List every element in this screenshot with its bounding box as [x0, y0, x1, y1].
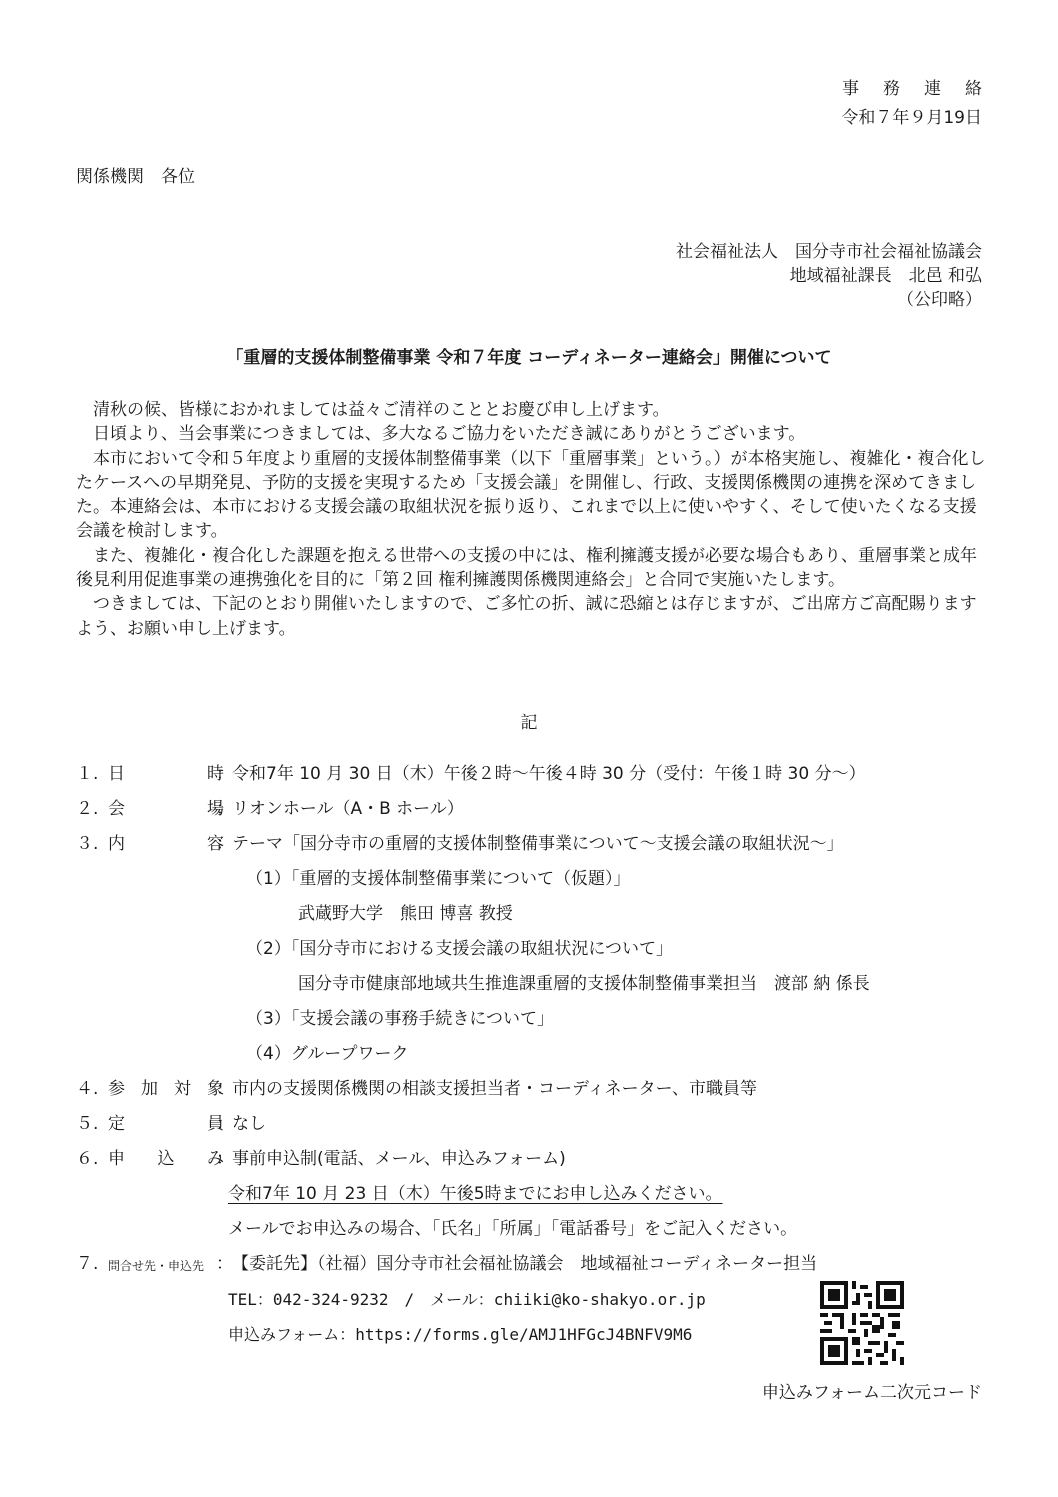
colon: ： — [216, 797, 233, 822]
label-char: 参 — [108, 1077, 125, 1102]
item-value: リオンホール（A・B ホール） — [232, 797, 464, 822]
qr-caption: 申込みフォーム二次元コード — [762, 1378, 982, 1403]
label-char: 加 — [141, 1077, 158, 1102]
addressee: 関係機関 各位 — [76, 162, 195, 187]
speaker: 国分寺市健康部地域共生推進課重層的支援体制整備事業担当 渡部 納 係長 — [298, 972, 870, 997]
label-char: 込 — [158, 1147, 175, 1172]
item-content: ３. 内 容 ： テーマ「国分寺市の重層的支援体制整備事業について～支援会議の取… — [76, 832, 996, 867]
greeting-paragraph: 清秋の候、皆様におかれましては益々ご清祥のこととお慶び申し上げます。 — [76, 398, 986, 422]
label-char: 申 — [108, 1147, 125, 1172]
colon: ： — [216, 832, 233, 857]
qr-code-icon — [820, 1281, 904, 1365]
note-text: メールでお申込みの場合、「氏名」「所属」「電話番号」をご記入ください。 — [228, 1217, 797, 1242]
item-label: 会 場 — [108, 797, 224, 822]
form-url-link[interactable]: 申込みフォーム：https://forms.gle/AMJ1HFGcJ4BNFV… — [228, 1322, 692, 1347]
sub-item-4: （4）グループワーク — [76, 1042, 996, 1077]
thanks-paragraph: 日頃より、当会事業につきましては、多大なるご協力をいただき誠にありがとうございま… — [76, 422, 986, 446]
sub-item-1: （1）「重層的支援体制整備事業について（仮題）」 — [76, 867, 996, 902]
application-note: メールでお申込みの場合、「氏名」「所属」「電話番号」をご記入ください。 — [76, 1217, 996, 1252]
deadline-text: 令和7年 10 月 23 日（木）午後5時までにお申し込みください。 — [228, 1182, 723, 1207]
sub-item-2: （2）「国分寺市における支援会議の取組状況について」 — [76, 937, 996, 972]
item-value: 令和7年 10 月 30 日（木）午後２時～午後４時 30 分（受付：午後１時 … — [232, 762, 866, 787]
colon: ： — [216, 1112, 233, 1137]
background-paragraph: 本市において令和５年度より重層的支援体制整備事業（以下「重層事業」という。）が本… — [76, 447, 986, 544]
label-char: 内 — [108, 832, 125, 857]
sender-block: 社会福祉法人 国分寺市社会福祉協議会 地域福祉課長 北邑 和弘 （公印略） — [676, 240, 982, 312]
sub-item-2-speaker: 国分寺市健康部地域共生推進課重層的支援体制整備事業担当 渡部 納 係長 — [76, 972, 996, 1007]
colon: ： — [216, 1147, 233, 1172]
sub-item-1-speaker: 武蔵野大学 熊田 博喜 教授 — [76, 902, 996, 937]
label-char: 定 — [108, 1112, 125, 1137]
sender-org: 社会福祉法人 国分寺市社会福祉協議会 — [676, 240, 982, 264]
item-label: 日 時 — [108, 762, 224, 787]
item-label: 定 員 — [108, 1112, 224, 1137]
doc-date: 令和７年９月19日 — [841, 103, 982, 128]
sub-item-label: （2）「国分寺市における支援会議の取組状況について」 — [246, 937, 673, 962]
item-label: 問合せ先・申込先 — [108, 1254, 204, 1279]
doc-type: 事務連絡 — [842, 74, 1006, 99]
document-title: 「重層的支援体制整備事業 令和７年度 コーディネーター連絡会」開催について — [0, 343, 1058, 368]
sender-person: 地域福祉課長 北邑 和弘 — [676, 264, 982, 288]
colon: ： — [216, 1077, 233, 1102]
tel-email-text[interactable]: TEL：042-324-9232 / メール：chiiki@ko-shakyo.… — [228, 1287, 706, 1312]
sub-item-label: （3）「支援会議の事務手続きについて」 — [246, 1007, 554, 1032]
label-char: 日 — [108, 762, 125, 787]
item-label: 申 込 み — [108, 1147, 224, 1172]
sub-item-label: （4）グループワーク — [246, 1042, 408, 1067]
item-application: ６. 申 込 み ： 事前申込制(電話、メール、申込みフォーム) — [76, 1147, 996, 1182]
item-value: 市内の支援関係機関の相談支援担当者・コーディネーター、市職員等 — [232, 1077, 757, 1102]
colon: ： — [216, 762, 233, 787]
item-label: 内 容 — [108, 832, 224, 857]
item-date: １. 日 時 ： 令和7年 10 月 30 日（木）午後２時～午後４時 30 分… — [76, 762, 996, 797]
sub-item-3: （3）「支援会議の事務手続きについて」 — [76, 1007, 996, 1042]
item-value: 【委託先】（社福）国分寺市社会福祉協議会 地域福祉コーディネーター担当 — [232, 1252, 817, 1277]
application-deadline: 令和7年 10 月 23 日（木）午後5時までにお申し込みください。 — [76, 1182, 996, 1217]
item-value: なし — [232, 1112, 266, 1137]
item-venue: ２. 会 場 ： リオンホール（A・B ホール） — [76, 797, 996, 832]
colon: ： — [216, 1252, 233, 1277]
label-char: 会 — [108, 797, 125, 822]
label-char: 対 — [174, 1077, 191, 1102]
request-paragraph: つきましては、下記のとおり開催いたしますので、ご多忙の折、誠に恐縮とは存じますが… — [76, 592, 986, 641]
item-value: テーマ「国分寺市の重層的支援体制整備事業について～支援会議の取組状況～」 — [232, 832, 844, 857]
seal-omitted: （公印略） — [676, 288, 982, 312]
item-capacity: ５. 定 員 ： なし — [76, 1112, 996, 1147]
body-text: 清秋の候、皆様におかれましては益々ご清祥のこととお慶び申し上げます。 日頃より、… — [76, 398, 986, 641]
sub-item-label: （1）「重層的支援体制整備事業について（仮題）」 — [246, 867, 630, 892]
item-target: ４. 参 加 対 象 ： 市内の支援関係機関の相談支援担当者・コーディネーター、… — [76, 1077, 996, 1112]
item-value: 事前申込制(電話、メール、申込みフォーム) — [232, 1147, 566, 1172]
ki-heading: 記 — [0, 708, 1058, 733]
event-details: １. 日 時 ： 令和7年 10 月 30 日（木）午後２時～午後４時 30 分… — [76, 762, 996, 1357]
joint-paragraph: また、複雑化・複合化した課題を抱える世帯への支援の中には、権利擁護支援が必要な場… — [76, 544, 986, 593]
item-label: 参 加 対 象 — [108, 1077, 224, 1102]
speaker: 武蔵野大学 熊田 博喜 教授 — [298, 902, 513, 927]
